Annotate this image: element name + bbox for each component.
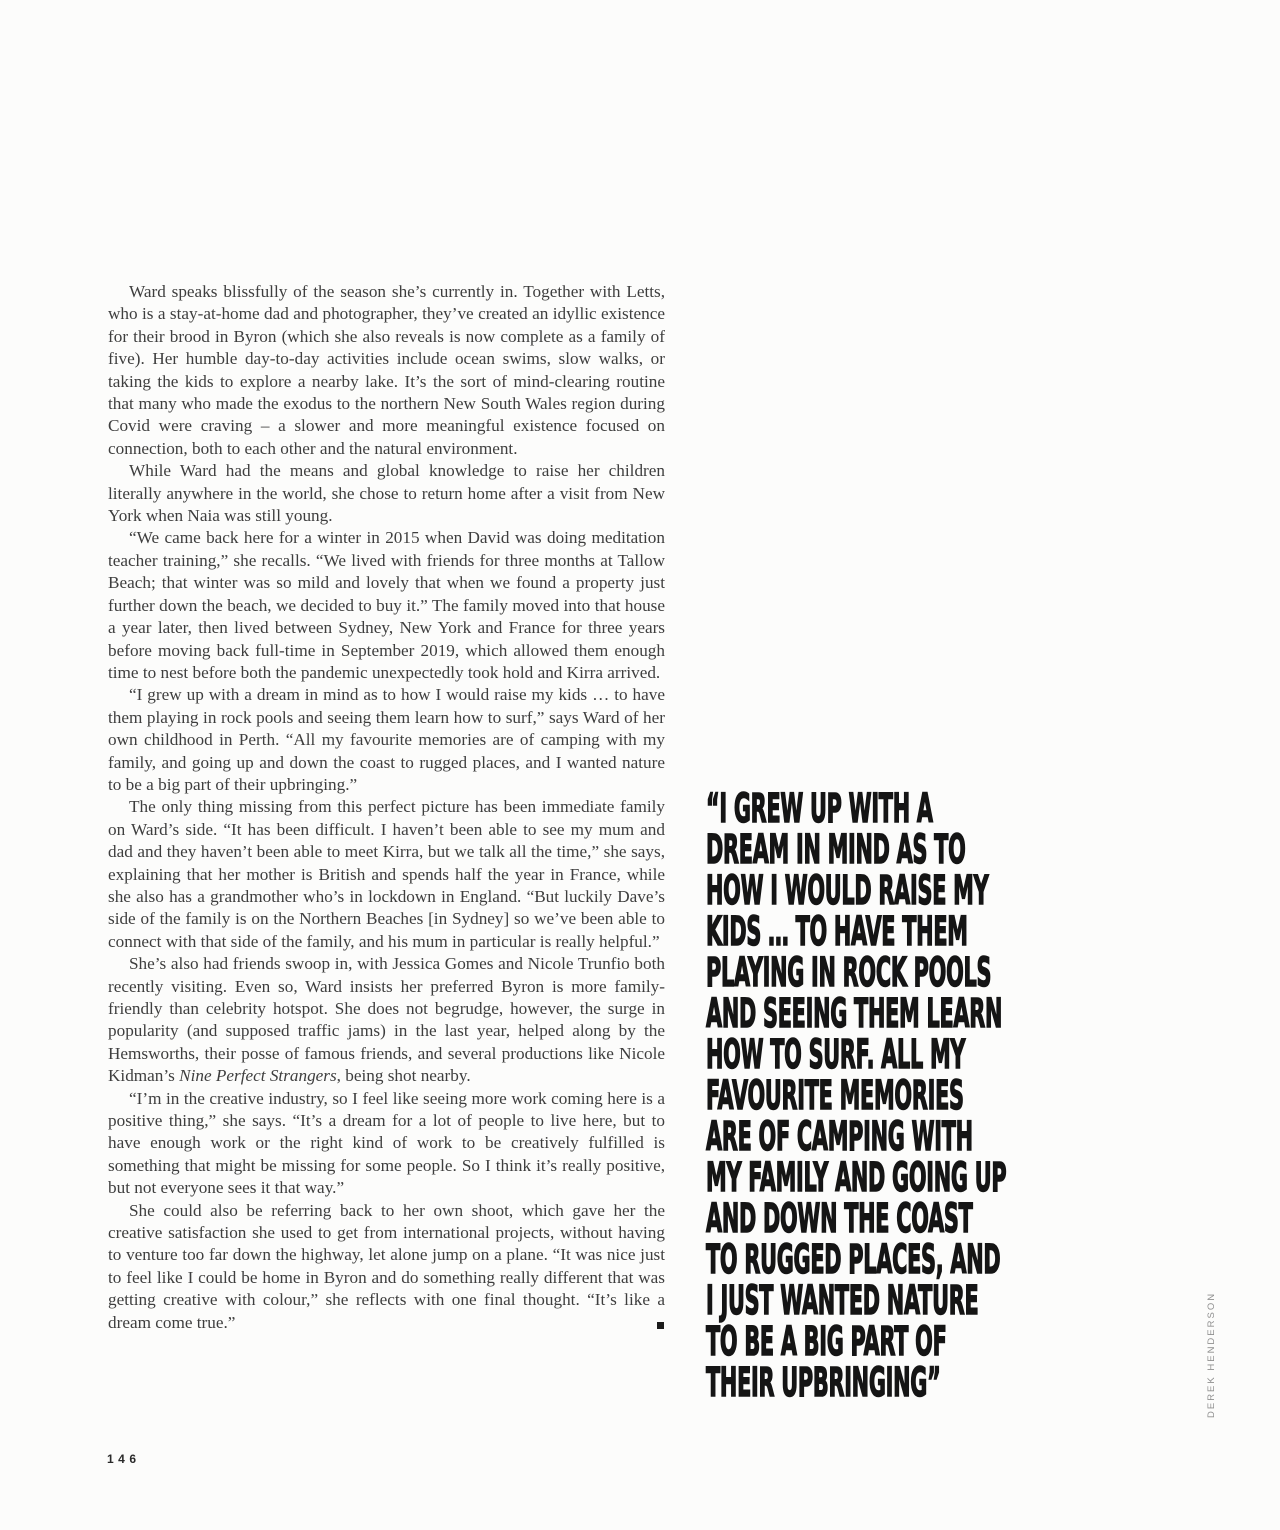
pull-quote-line: FAVOURITE MEMORIES — [706, 1076, 1006, 1117]
article-paragraph: She could also be referring back to her … — [108, 1200, 665, 1334]
article-paragraph: “I grew up with a dream in mind as to ho… — [108, 684, 665, 796]
pull-quote-line: TO RUGGED PLACES, AND — [706, 1240, 1006, 1281]
pull-quote-line: THEIR UPBRINGING” — [706, 1363, 1006, 1404]
page-number: 146 — [107, 1452, 141, 1466]
pull-quote: “I GREW UP WITH ADREAM IN MIND AS TOHOW … — [706, 789, 1006, 1404]
magazine-page: Ward speaks blissfully of the season she… — [0, 0, 1280, 1530]
pull-quote-line: DREAM IN MIND AS TO — [706, 830, 1006, 871]
article-text-column: Ward speaks blissfully of the season she… — [108, 281, 665, 1334]
pull-quote-line: PLAYING IN ROCK POOLS — [706, 953, 1006, 994]
article-paragraph: “We came back here for a winter in 2015 … — [108, 527, 665, 684]
pull-quote-line: AND SEEING THEM LEARN — [706, 994, 1006, 1035]
article-paragraph: She’s also had friends swoop in, with Je… — [108, 953, 665, 1087]
article-paragraph: While Ward had the means and global know… — [108, 460, 665, 527]
pull-quote-line: MY FAMILY AND GOING UP — [706, 1158, 1006, 1199]
pull-quote-line: “I GREW UP WITH A — [706, 789, 1006, 830]
pull-quote-line: ARE OF CAMPING WITH — [706, 1117, 1006, 1158]
article-end-mark-icon — [657, 1322, 664, 1329]
article-paragraph: The only thing missing from this perfect… — [108, 796, 665, 953]
pull-quote-line: HOW I WOULD RAISE MY — [706, 871, 1006, 912]
pull-quote-line: I JUST WANTED NATURE — [706, 1281, 1006, 1322]
pull-quote-line: KIDS … TO HAVE THEM — [706, 912, 1006, 953]
article-paragraph: “I’m in the creative industry, so I feel… — [108, 1088, 665, 1200]
pull-quote-line: TO BE A BIG PART OF — [706, 1322, 1006, 1363]
article-paragraph: Ward speaks blissfully of the season she… — [108, 281, 665, 460]
pull-quote-line: AND DOWN THE COAST — [706, 1199, 1006, 1240]
photographer-credit: DEREK HENDERSON — [1206, 1306, 1217, 1418]
pull-quote-line: HOW TO SURF. ALL MY — [706, 1035, 1006, 1076]
